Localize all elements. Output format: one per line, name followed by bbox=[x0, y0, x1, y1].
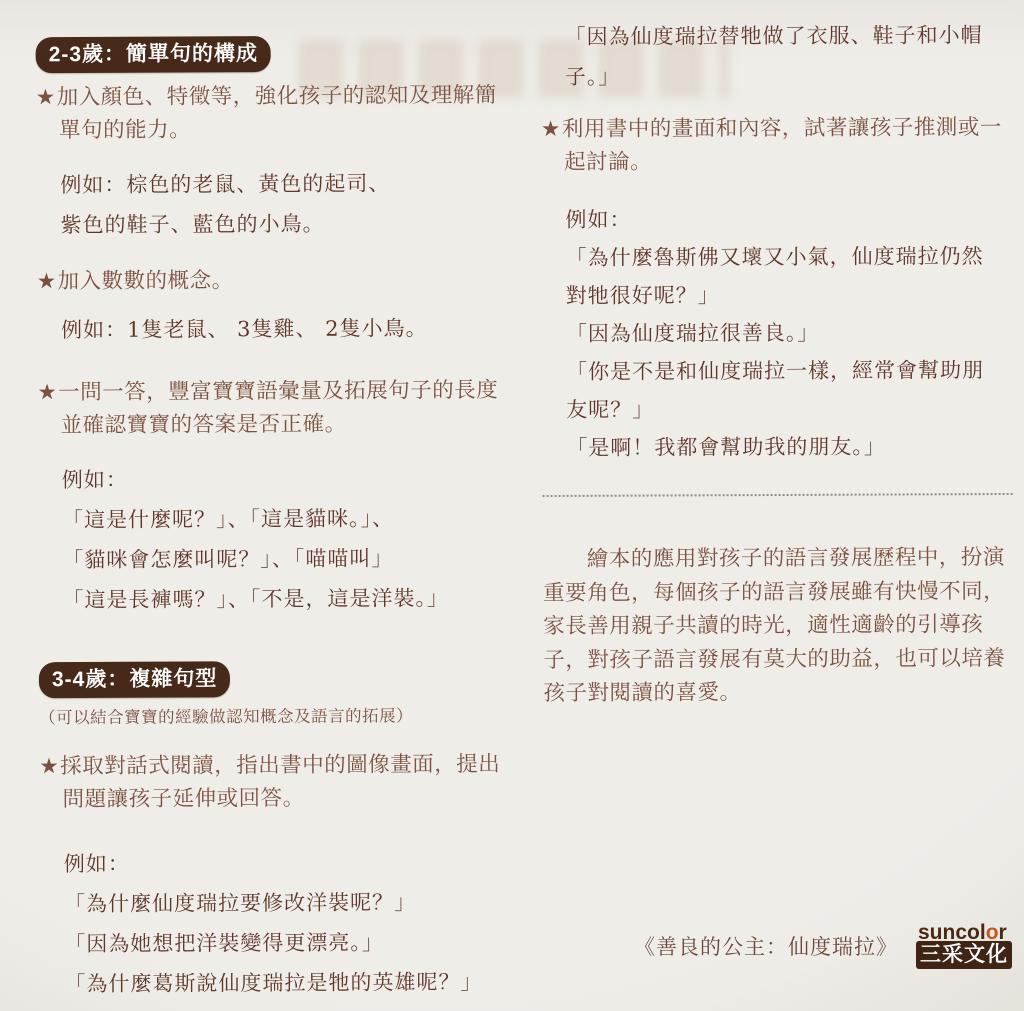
tip-add-counting: ★ 加入數數的概念。 bbox=[37, 263, 517, 299]
closing-line: 家長善用親子共讀的時光，適性適齡的引導孩 bbox=[543, 608, 1013, 644]
age-badge-2-3: 2-3歲：簡單句的構成 bbox=[36, 36, 272, 73]
tip-line: 並確認寶寶的答案是否正確。 bbox=[38, 407, 518, 443]
age-badge-3-4: 3-4歲：複雜句型 bbox=[39, 661, 231, 698]
right-column: 「因為仙度瑞拉替牠做了衣服、鞋子和小帽 子。」 ★ 利用書中的畫面和內容，試著讓… bbox=[540, 0, 1013, 711]
section-note: （可以結合寶寶的經驗做認知概念及語言的拓展） bbox=[39, 702, 519, 729]
example-line: 例如：棕色的老鼠、黃色的起司、 bbox=[60, 163, 516, 205]
example-line: 「貓咪會怎麼叫呢？」、「喵喵叫」 bbox=[62, 538, 518, 580]
suncolor-zh-badge: 三采文化 bbox=[916, 941, 1012, 969]
closing-line: 子，對孩子語言發展有莫大的助益，也可以培養 bbox=[543, 641, 1013, 677]
closing-line: 孩子對閱讀的喜愛。 bbox=[543, 675, 1013, 711]
example-line: 對牠很好呢？」 bbox=[566, 275, 1012, 315]
tip-add-colors: ★ 加入顏色、特徵等，強化孩子的認知及理解簡 單句的能力。 bbox=[36, 79, 516, 148]
example-line: 「因為她想把洋裝變得更漂亮。」 bbox=[64, 922, 520, 964]
star-icon: ★ bbox=[36, 81, 56, 114]
example-line: 友呢？」 bbox=[566, 389, 1012, 429]
document-page: 2-3歲：簡單句的構成 ★ 加入顏色、特徵等，強化孩子的認知及理解簡 單句的能力… bbox=[0, 0, 1024, 1011]
star-icon: ★ bbox=[37, 376, 57, 409]
carryover-quote: 「因為仙度瑞拉替牠做了衣服、鞋子和小帽 子。」 bbox=[541, 15, 1011, 97]
example-line: 「因為仙度瑞拉替牠做了衣服、鞋子和小帽 bbox=[565, 15, 1011, 57]
tip-question-answer: ★ 一問一答，豐富寶寶語彙量及拓展句子的長度 並確認寶寶的答案是否正確。 bbox=[37, 374, 517, 443]
example-line: 「是啊！我都會幫助我的朋友。」 bbox=[566, 427, 1012, 467]
publisher-logo: suncolor 三采文化 bbox=[916, 922, 1012, 969]
example-line: 「因為仙度瑞拉很善良。」 bbox=[566, 313, 1012, 353]
dotted-divider bbox=[543, 493, 1013, 497]
example-why-questions: 例如： 「為什麼仙度瑞拉要修改洋裝呢？」 「因為她想把洋裝變得更漂亮。」 「為什… bbox=[40, 842, 521, 1005]
example-line: 例如：1隻老鼠、 3隻雞、 2隻小鳥。 bbox=[61, 308, 517, 350]
footer: 《善良的公主：仙度瑞拉》 suncolor 三采文化 bbox=[560, 922, 1012, 969]
star-icon: ★ bbox=[37, 265, 57, 298]
tip-line: 利用書中的畫面和內容，試著讓孩子推測或一 bbox=[562, 111, 1002, 146]
example-line: 「這是什麼呢？」、「這是貓咪。」、 bbox=[62, 498, 518, 540]
tip-line: 起討論。 bbox=[541, 144, 1011, 179]
tip-line: 問題讓孩子延伸或回答。 bbox=[39, 781, 519, 817]
example-line: 「為什麼仙度瑞拉要修改洋裝呢？」 bbox=[64, 882, 520, 924]
example-line: 「為什麼魯斯佛又壞又小氣，仙度瑞拉仍然 bbox=[565, 237, 1011, 277]
left-column: 2-3歲：簡單句的構成 ★ 加入顏色、特徵等，強化孩子的認知及理解簡 單句的能力… bbox=[35, 0, 520, 1004]
example-label: 例如： bbox=[565, 199, 1011, 239]
example-line: 紫色的鞋子、藍色的小鳥。 bbox=[60, 203, 516, 245]
star-icon: ★ bbox=[541, 113, 561, 146]
example-dialogue: 例如： 「這是什麼呢？」、「這是貓咪。」、 「貓咪會怎麼叫呢？」、「喵喵叫」 「… bbox=[38, 458, 519, 621]
example-line: 「為什麼葛斯說仙度瑞拉是牠的英雄呢？」 bbox=[64, 962, 520, 1004]
tip-infer-discuss: ★ 利用書中的畫面和內容，試著讓孩子推測或一 起討論。 bbox=[541, 111, 1011, 179]
tip-line: 採取對話式閱讀，指出書中的圖像畫面，提出 bbox=[60, 748, 500, 783]
example-discussion: 例如： 「為什麼魯斯佛又壞又小氣，仙度瑞拉仍然 對牠很好呢？」 「因為仙度瑞拉很… bbox=[541, 199, 1012, 467]
example-counting: 例如：1隻老鼠、 3隻雞、 2隻小鳥。 bbox=[37, 308, 517, 351]
example-line: 「這是長褲嗎？」、「不是，這是洋裝。」 bbox=[62, 578, 518, 620]
closing-line: 繪本的應用對孩子的語言發展歷程中，扮演 bbox=[543, 541, 1013, 577]
suncolor-wordmark: suncolor bbox=[916, 922, 1012, 943]
example-line: 子。」 bbox=[565, 55, 1011, 97]
example-colors: 例如：棕色的老鼠、黃色的起司、 紫色的鞋子、藍色的小鳥。 bbox=[36, 163, 516, 246]
closing-line: 重要角色，每個孩子的語言發展雖有快慢不同， bbox=[543, 574, 1013, 610]
tip-line: 加入顏色、特徵等，強化孩子的認知及理解簡 bbox=[57, 79, 497, 114]
example-line: 「你是不是和仙度瑞拉一樣，經常會幫助朋 bbox=[566, 351, 1012, 391]
tip-line: 一問一答，豐富寶寶語彙量及拓展句子的長度 bbox=[58, 374, 498, 409]
tip-line: 單句的能力。 bbox=[36, 112, 516, 148]
closing-paragraph: 繪本的應用對孩子的語言發展歷程中，扮演 重要角色，每個孩子的語言發展雖有快慢不同… bbox=[543, 541, 1014, 711]
example-label: 例如： bbox=[62, 458, 518, 500]
star-icon: ★ bbox=[39, 750, 59, 783]
book-title: 《善良的公主：仙度瑞拉》 bbox=[634, 931, 898, 961]
tip-dialogic-reading: ★ 採取對話式閱讀，指出書中的圖像畫面，提出 問題讓孩子延伸或回答。 bbox=[39, 748, 519, 817]
example-label: 例如： bbox=[64, 842, 520, 884]
tip-line: 加入數數的概念。 bbox=[58, 264, 234, 298]
